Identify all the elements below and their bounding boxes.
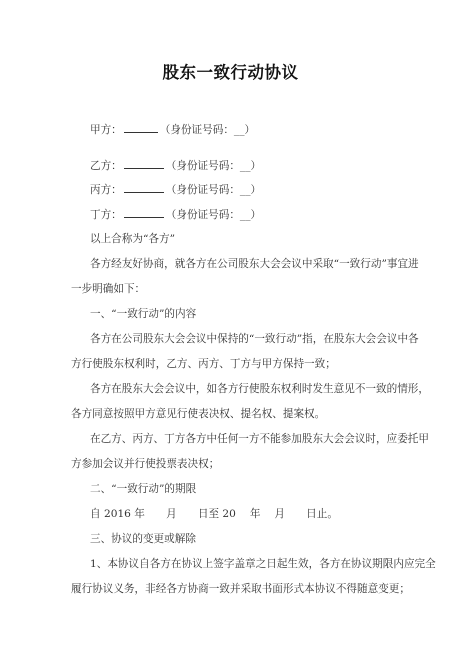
section1-p3-line2: 方参加会议并行使投票表决权；: [71, 457, 219, 471]
section2-heading: 二、“一致行动”的期限: [90, 482, 196, 496]
document-title: 股东一致行动协议: [0, 59, 461, 83]
party-label: 丁方：: [90, 209, 122, 221]
section1-p2-line1: 各方在股东大会会议中，如各方行使股东权利时发生意见不一致的情形，: [90, 382, 429, 396]
section3-p1-line1: 1、本协议自各方在协议上签字盖章之日起生效，各方在协议期限内应完全: [90, 557, 436, 571]
section1-p3-line1: 在乙方、丙方、丁方各方中任何一方不能参加股东大会会议时，应委托甲: [90, 432, 429, 446]
name-blank: [124, 207, 164, 218]
section1-heading: 一、“一致行动”的内容: [90, 307, 196, 321]
section1-p1-line1: 各方在公司股东大会会议中保持的“一致行动”指，在股东大会会议中各: [90, 332, 419, 346]
id-note: （身份证号码：__）: [160, 124, 255, 136]
section1-p2-line2: 各方同意按照甲方意见行使表决权、提名权、提案权。: [71, 407, 325, 421]
party-bing: 丙方：（身份证号码：__）: [90, 182, 261, 197]
collective-name: 以上合称为“各方”: [90, 232, 175, 246]
id-note: （身份证号码：__）: [166, 160, 261, 172]
party-jia: 甲方：（身份证号码：__）: [90, 122, 255, 137]
intro-line-1: 各方经友好协商，就各方在公司股东大会会议中采取“一致行动”事宜进: [90, 257, 419, 271]
party-label: 乙方：: [90, 160, 122, 172]
section2-period: 自 2016 年 月 日至 20 年 月 日止。: [90, 507, 338, 521]
section3-p1-line2: 履行协议义务，非经各方协商一致并采取书面形式本协议不得随意变更；: [71, 582, 410, 596]
id-note: （身份证号码：__）: [166, 209, 261, 221]
party-label: 丙方：: [90, 184, 122, 196]
section3-heading: 三、协议的变更或解除: [90, 532, 196, 546]
id-note: （身份证号码：__）: [166, 184, 261, 196]
party-ding: 丁方：（身份证号码：__）: [90, 207, 261, 222]
party-yi: 乙方：（身份证号码：__）: [90, 158, 261, 173]
name-blank: [124, 158, 164, 169]
intro-line-2: 一步明确如下：: [71, 282, 145, 296]
name-blank: [124, 182, 164, 193]
name-blank: [124, 122, 158, 133]
party-label: 甲方：: [90, 124, 122, 136]
section1-p1-line2: 方行使股东权利时，乙方、丙方、丁方与甲方保持一致；: [71, 357, 336, 371]
